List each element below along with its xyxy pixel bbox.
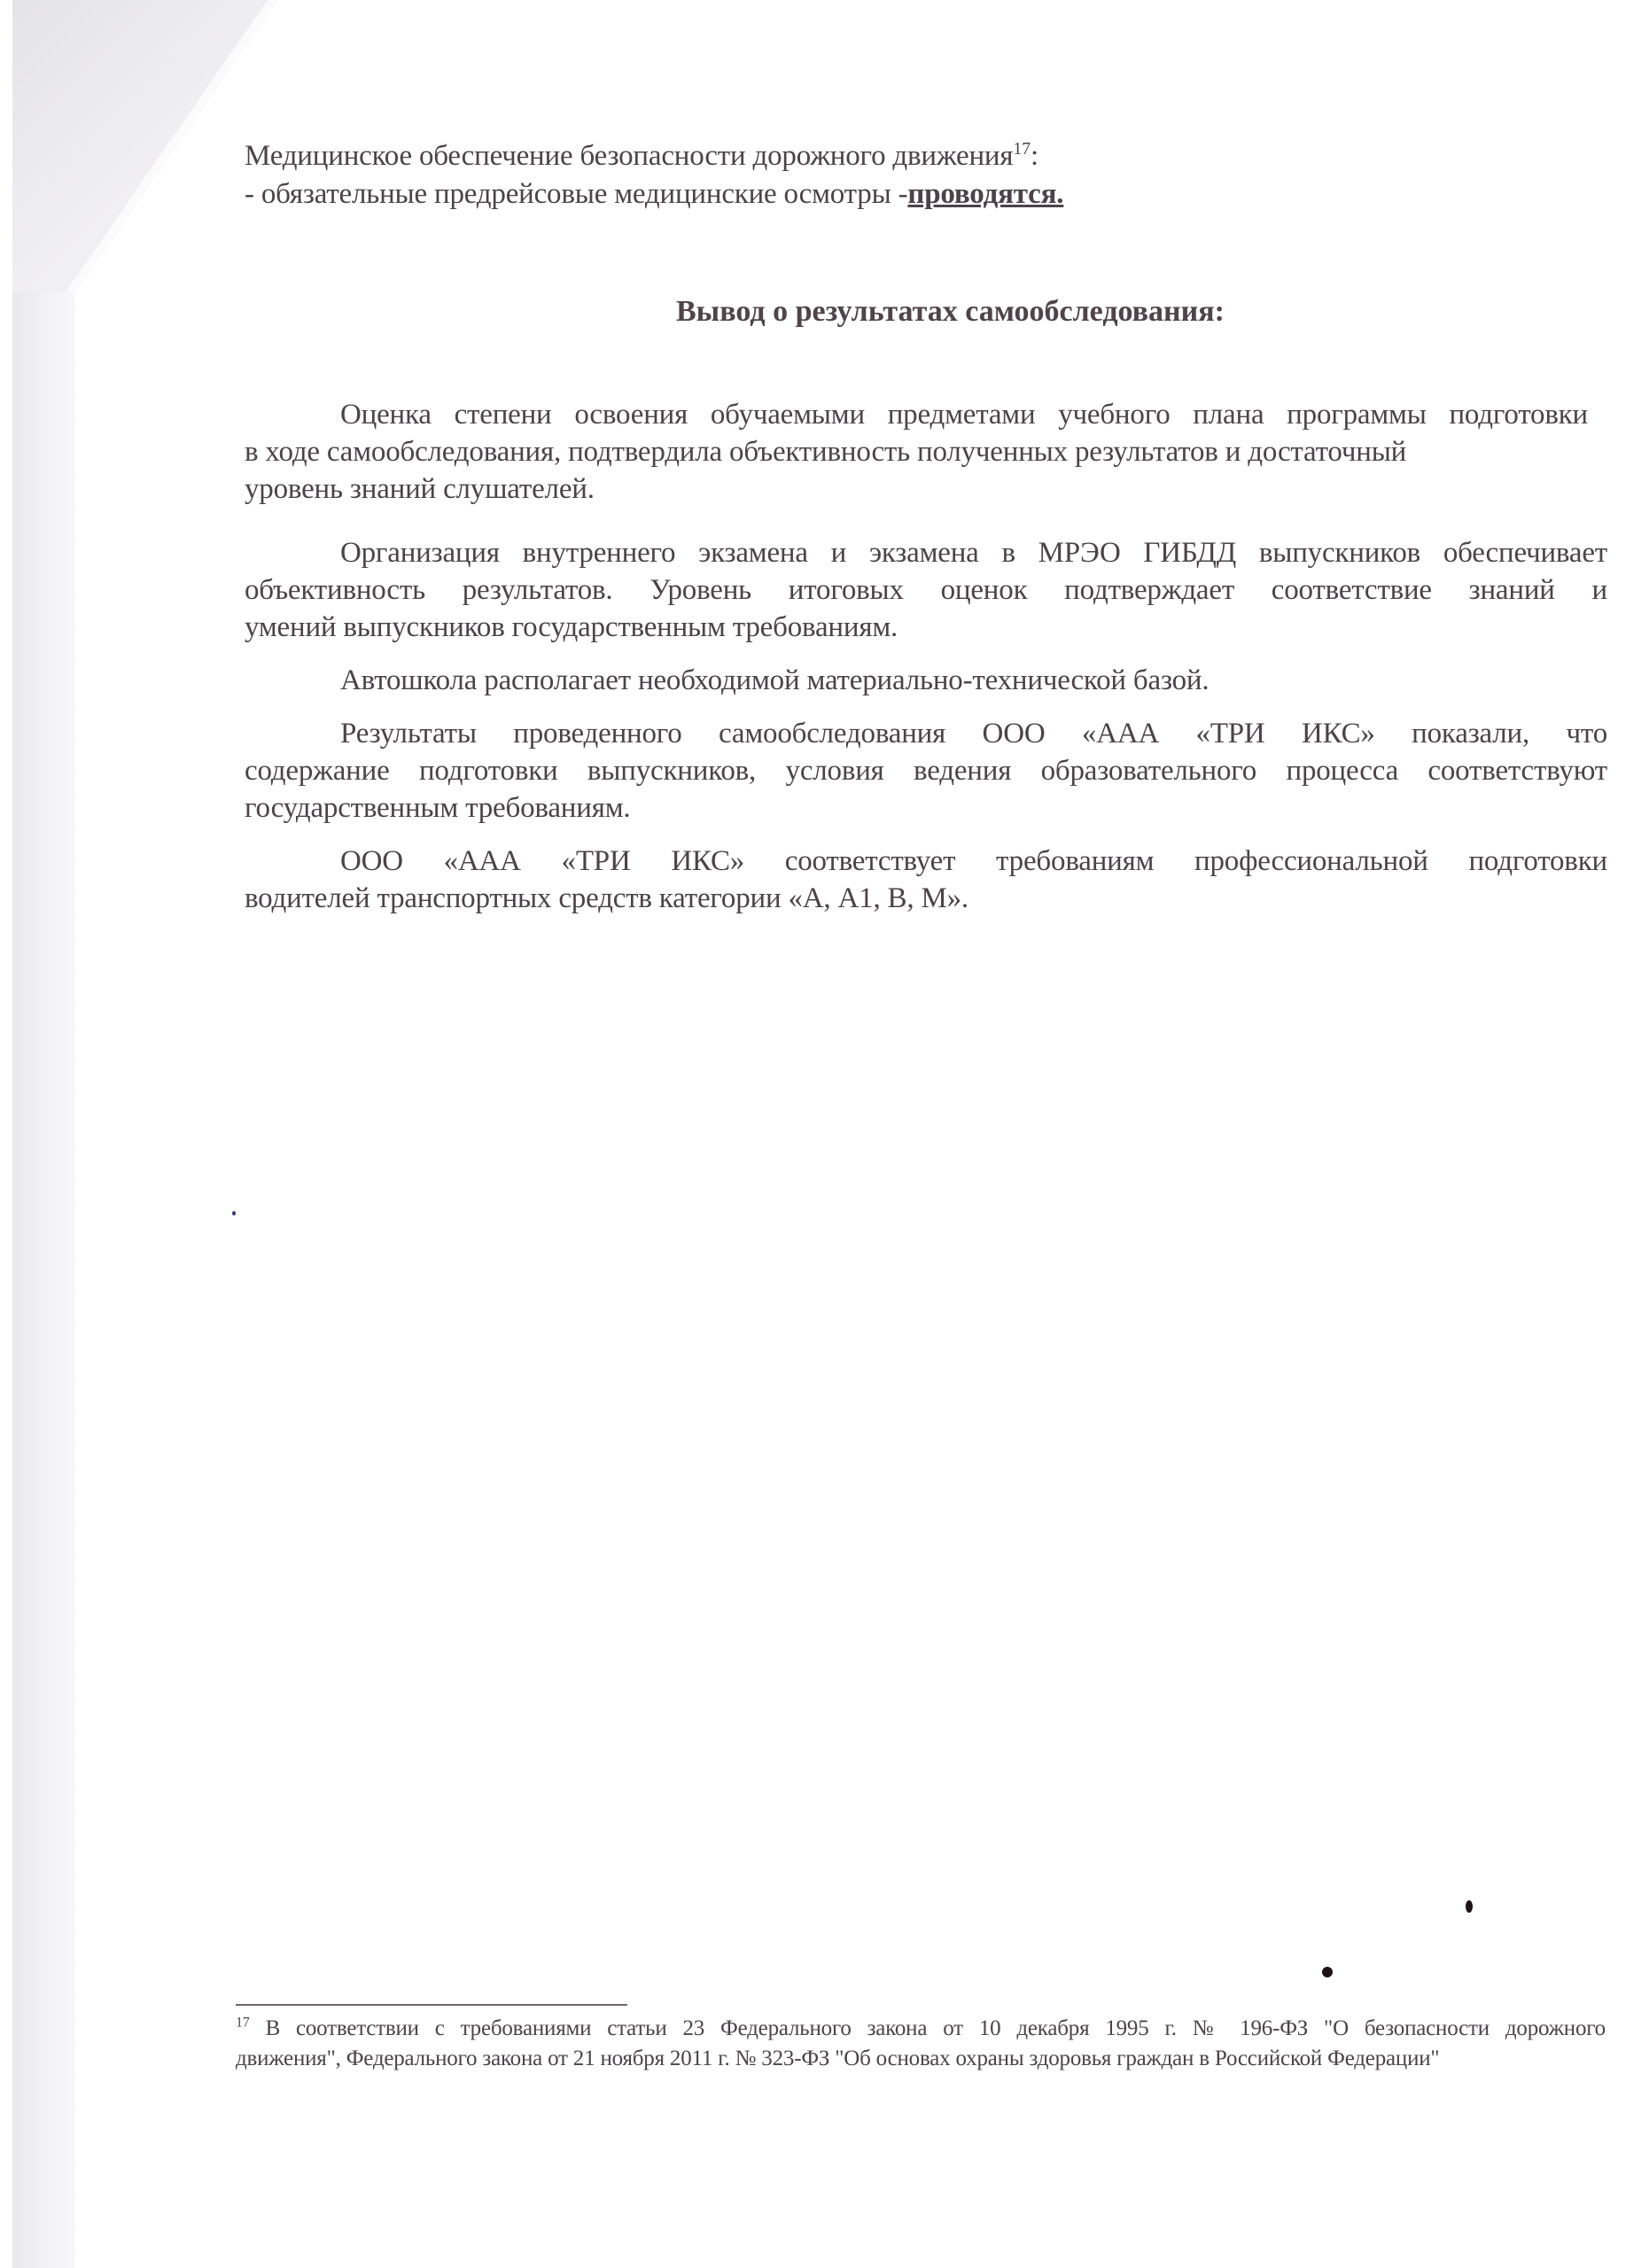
scanner-edge-shadow — [12, 0, 74, 2268]
footnote-separator — [236, 2004, 627, 2006]
footnote-number: 17 — [236, 2016, 250, 2031]
colon: : — [1031, 140, 1038, 172]
paragraph-5-line-1: ООО «ААА «ТРИ ИКС» соответствует требова… — [340, 843, 1607, 879]
scan-speck — [1466, 1900, 1473, 1913]
medical-checkups-text: - обязательные предрейсовые медицинские … — [245, 178, 907, 210]
paragraph-1-line-3: уровень знаний слушателей. — [245, 471, 595, 507]
paragraph-4-line-3: государственным требованиям. — [245, 790, 630, 826]
paragraph-5-line-2: водителей транспортных средств категории… — [245, 881, 968, 916]
footnote-reference: 17 — [1013, 139, 1031, 159]
paragraph-4-line-1: Результаты проведенного самообследования… — [340, 716, 1607, 751]
medical-checkups-line: - обязательные предрейсовые медицинские … — [245, 176, 1063, 212]
medical-support-text: Медицинское обеспечение безопасности дор… — [245, 140, 1013, 172]
footnote-line-2: движения", Федерального закона от 21 ноя… — [236, 2045, 1439, 2073]
paragraph-3-line-1: Автошкола располагает необходимой матери… — [340, 663, 1209, 698]
scan-speck — [1322, 1967, 1333, 1977]
footnote-text-1: В соответствии с требованиями статьи 23 … — [266, 2016, 1606, 2040]
paragraph-4-line-2: содержание подготовки выпускников, услов… — [245, 753, 1607, 788]
paragraph-1-line-2: в ходе самообследования, подтвердила объ… — [245, 434, 1406, 470]
paragraph-2-line-1: Организация внутреннего экзамена и экзам… — [340, 535, 1607, 571]
medical-support-line: Медицинское обеспечение безопасности дор… — [245, 138, 1038, 174]
footnote-line-1: 17 В соответствии с требованиями статьи … — [236, 2015, 1606, 2043]
conclusion-heading: Вывод о результатах самообследования: — [676, 294, 1225, 330]
paragraph-1-line-1: Оценка степени освоения обучаемыми предм… — [340, 397, 1588, 432]
paragraph-2-line-3: умений выпускников государственным требо… — [245, 610, 898, 645]
medical-checkups-status: проводятся. — [907, 178, 1063, 210]
scan-speck — [232, 1211, 236, 1216]
paragraph-2-line-2: объективность результатов. Уровень итого… — [245, 572, 1607, 608]
scan-margin — [0, 0, 12, 2268]
